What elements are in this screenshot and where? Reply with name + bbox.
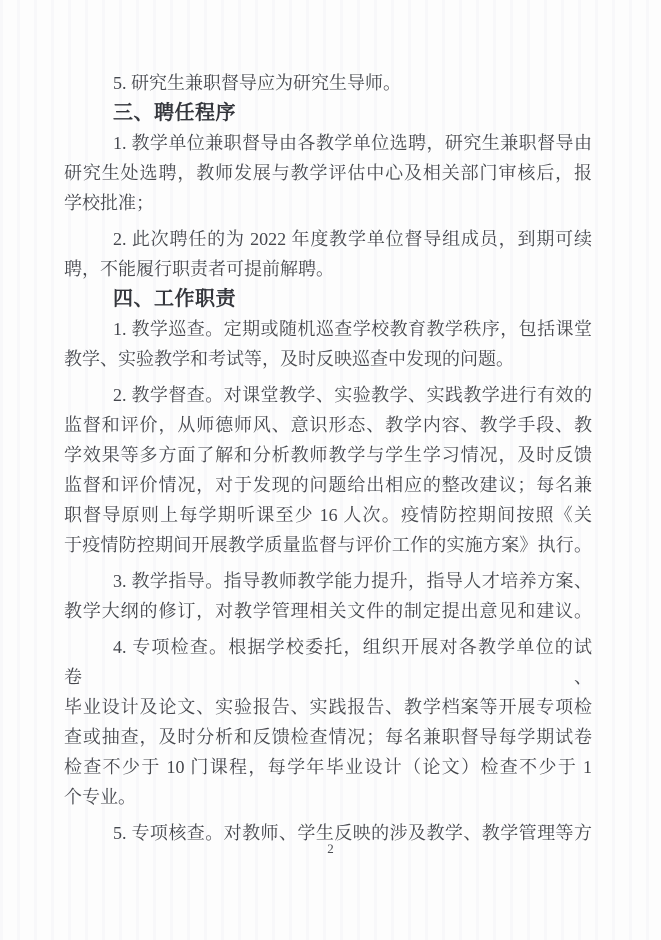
text-line: 1. 教学巡查。定期或随机巡查学校教育教学秩序，包括课堂 <box>64 314 592 344</box>
section-heading: 四、工作职责 <box>64 284 592 314</box>
document-content: 5. 研究生兼职督导应为研究生导师。三、聘任程序1. 教学单位兼职督导由各教学单… <box>64 68 592 848</box>
section-heading: 三、聘任程序 <box>64 98 592 128</box>
text-line: 查或抽查，及时分析和反馈检查情况；每名兼职督导每学期试卷 <box>64 722 592 752</box>
text-line: 毕业设计及论文、实验报告、实践报告、教学档案等开展专项检 <box>64 692 592 722</box>
text-line: 个专业。 <box>64 782 592 812</box>
text-line: 检查不少于 10 门课程，每学年毕业设计（论文）检查不少于 1 <box>64 752 592 782</box>
text-line: 监督和评价情况，对于发现的问题给出相应的整改建议；每名兼 <box>64 470 592 500</box>
text-line: 监督和评价，从师德师风、意识形态、教学内容、教学手段、教 <box>64 410 592 440</box>
text-line: 聘，不能履行职责者可提前解聘。 <box>64 254 592 284</box>
text-line: 研究生处选聘，教师发展与教学评估中心及相关部门审核后，报 <box>64 158 592 188</box>
text-line: 5. 研究生兼职督导应为研究生导师。 <box>64 68 592 98</box>
text-line: 教学、实验教学和考试等，及时反映巡查中发现的问题。 <box>64 344 592 374</box>
text-line: 于疫情防控期间开展教学质量监督与评价工作的实施方案》执行。 <box>64 530 592 560</box>
text-line: 学校批准； <box>64 188 592 218</box>
text-line: 2. 此次聘任的为 2022 年度教学单位督导组成员，到期可续 <box>64 224 592 254</box>
text-line: 3. 教学指导。指导教师教学能力提升，指导人才培养方案、 <box>64 566 592 596</box>
text-line: 职督导原则上每学期听课至少 16 人次。疫情防控期间按照《关 <box>64 500 592 530</box>
text-line: 学效果等多方面了解和分析教师教学与学生学习情况，及时反馈 <box>64 440 592 470</box>
text-line: 教学大纲的修订，对教学管理相关文件的制定提出意见和建议。 <box>64 596 592 626</box>
page-number: 2 <box>0 842 661 856</box>
document-page: 5. 研究生兼职督导应为研究生导师。三、聘任程序1. 教学单位兼职督导由各教学单… <box>0 0 661 940</box>
text-line: 1. 教学单位兼职督导由各教学单位选聘，研究生兼职督导由 <box>64 128 592 158</box>
text-line: 2. 教学督查。对课堂教学、实验教学、实践教学进行有效的 <box>64 380 592 410</box>
text-line: 4. 专项检查。根据学校委托，组织开展对各教学单位的试卷、 <box>64 632 592 692</box>
